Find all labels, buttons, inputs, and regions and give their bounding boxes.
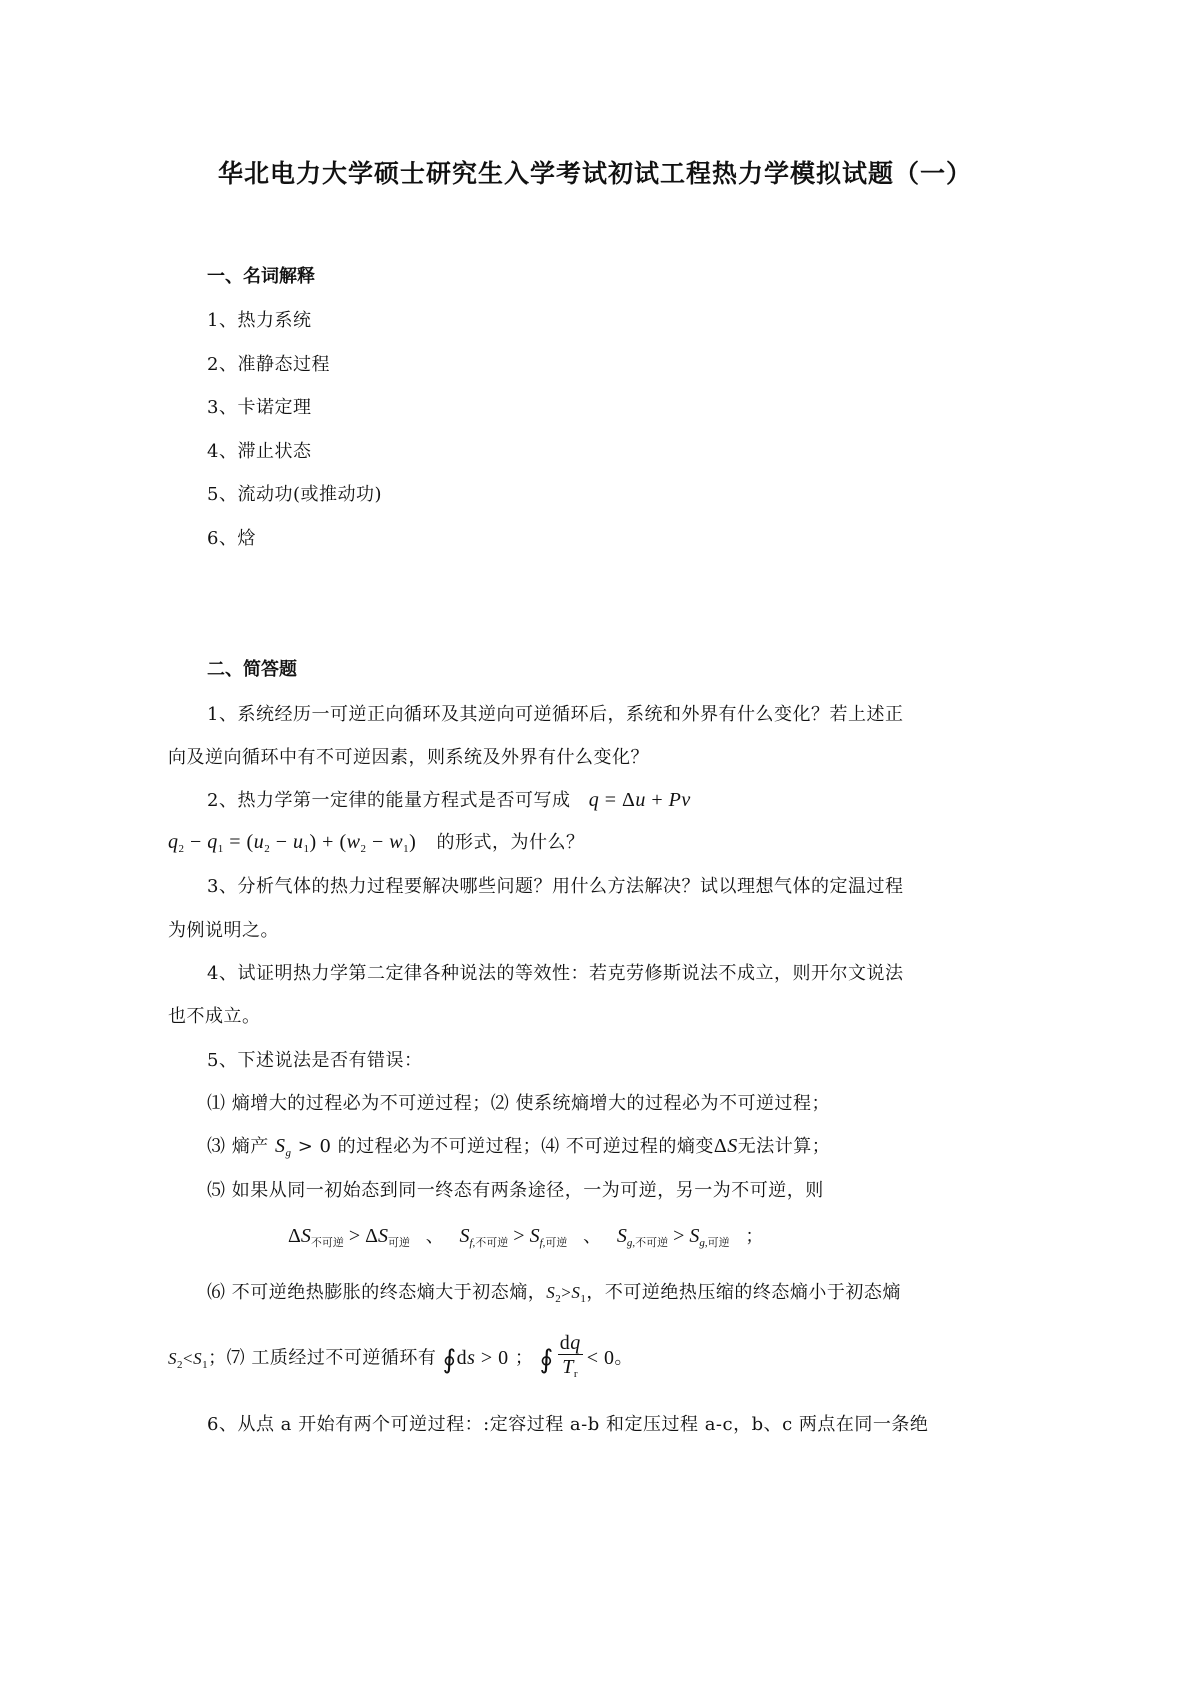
entropy-inequality-compression: S2<S1 (168, 1349, 208, 1368)
question-4-line-1: 4、试证明热力学第二定律各种说法的等效性：若克劳修斯说法不成立，则开尔文说法 (207, 959, 903, 985)
statement-6-7-line-2: S2<S1；⑺ 工质经过不可逆循环有 ∮ds > 0 ； ∮dqTr< 0。 (168, 1332, 633, 1386)
formula-energy-equation: q = Δu + Pv (589, 789, 691, 811)
statement-5: ⑸ 如果从同一初始态到同一终态有两条途径，一为可逆，另一为不可逆，则 (207, 1176, 824, 1202)
entropy-inequality-expansion: S2>S1 (546, 1283, 586, 1302)
question-5-intro: 5、下述说法是否有错误： (207, 1046, 422, 1072)
document-title: 华北电力大学硕士研究生入学考试初试工程热力学模拟试题（一） (0, 154, 1190, 190)
question-1-line-2: 向及逆向循环中有不可逆因素，则系统及外界有什么变化？ (168, 743, 649, 769)
section-heading-terms: 一、名词解释 (207, 262, 315, 288)
term-item-2: 2、准静态过程 (207, 350, 330, 376)
statement-3-4: ⑶ 熵产 Sg > 0 的过程必为不可逆过程；⑷ 不可逆过程的熵变ΔS无法计算； (207, 1132, 830, 1159)
statement-1-2: ⑴ 熵增大的过程必为不可逆过程；⑵ 使系统熵增大的过程必为不可逆过程； (207, 1089, 830, 1115)
question-3-line-1: 3、分析气体的热力过程要解决哪些问题？用什么方法解决？试以理想气体的定温过程 (207, 872, 903, 898)
formula-difference-equation: q2 − q1 = (u2 − u1) + (w2 − w1) (168, 831, 416, 853)
question-6-line-1: 6、从点 a 开始有两个可逆过程：:定容过程 a-b 和定压过程 a-c，b、c… (207, 1410, 928, 1436)
term-item-5: 5、流动功(或推动功) (207, 480, 382, 506)
entropy-change-symbol: ΔS (714, 1135, 738, 1157)
question-1-line-1: 1、系统经历一可逆正向循环及其逆向可逆循环后，系统和外界有什么变化？若上述正 (207, 700, 903, 726)
question-2-text: 2、热力学第一定律的能量方程式是否可写成 (207, 790, 570, 811)
formula-cyclic-integral-ds: ∮ds > 0 (443, 1347, 509, 1369)
statement-6-line-1: ⑹ 不可逆绝热膨胀的终态熵大于初态熵，S2>S1，不可逆绝热压缩的终态熵小于初态… (207, 1278, 901, 1305)
formula-entropy-comparison: ΔS不可逆 > ΔS可逆 、 Sf,不可逆 > Sf,可逆 、 Sg,不可逆 >… (288, 1222, 763, 1250)
term-item-1: 1、热力系统 (207, 306, 311, 332)
section-heading-short-answer: 二、简答题 (207, 655, 297, 681)
question-2-suffix: 的形式，为什么？ (437, 832, 585, 853)
question-2-line-2: q2 − q1 = (u2 − u1) + (w2 − w1) 的形式，为什么？ (168, 828, 585, 855)
entropy-generation-symbol: Sg (275, 1135, 292, 1157)
question-4-line-2: 也不成立。 (168, 1002, 261, 1028)
term-item-6: 6、焓 (207, 524, 256, 550)
term-item-3: 3、卡诺定理 (207, 393, 311, 419)
formula-clausius-integral: ∮dqTr< 0 (540, 1347, 615, 1369)
term-item-4: 4、滞止状态 (207, 437, 311, 463)
question-2-line-1: 2、热力学第一定律的能量方程式是否可写成 q = Δu + Pv (207, 786, 691, 812)
question-3-line-2: 为例说明之。 (168, 916, 279, 942)
